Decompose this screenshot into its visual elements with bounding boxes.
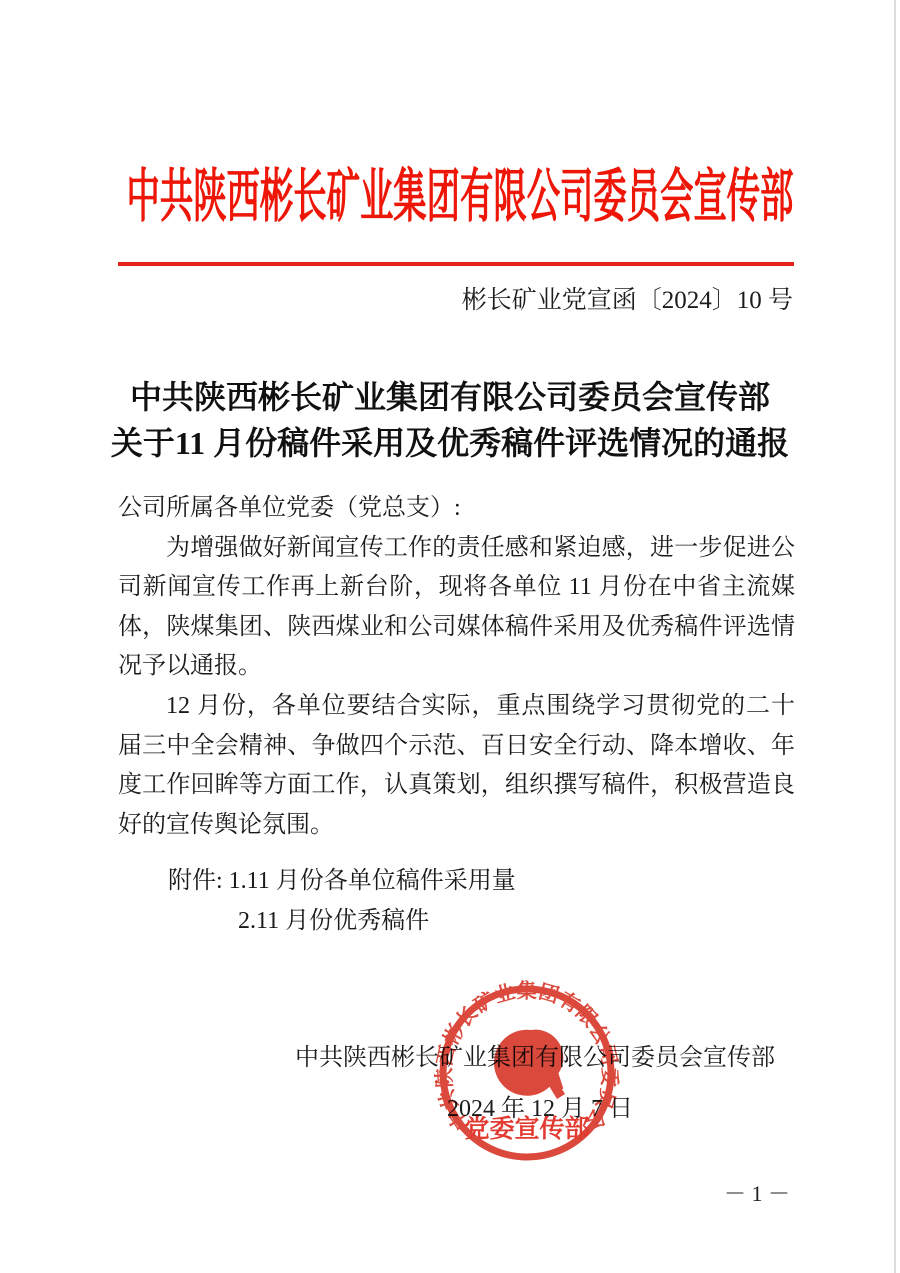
attachment-list: 附件: 1.11 月份各单位稿件采用量 2.11 月份优秀稿件: [118, 862, 795, 941]
document-title-line2: 关于11 月份稿件采用及优秀稿件评选情况的通报: [0, 420, 900, 466]
scan-edge-artifact: [894, 0, 896, 1273]
attachment-label: 附件:: [168, 868, 229, 894]
attachment-line-2: 2.11 月份优秀稿件: [238, 902, 795, 942]
document-title: 中共陕西彬长矿业集团有限公司委员会宣传部 关于11 月份稿件采用及优秀稿件评选情…: [0, 374, 900, 466]
document-page: 中共陕西彬长矿业集团有限公司委员会宣传部 彬长矿业党宣函〔2024〕10 号 中…: [0, 0, 900, 1273]
body-paragraph-1: 为增强做好新闻宣传工作的责任感和紧迫感，进一步促进公司新闻宣传工作再上新台阶，现…: [118, 529, 795, 687]
letterhead-divider-rule: [118, 262, 794, 266]
document-number: 彬长矿业党宣函〔2024〕10 号: [462, 287, 793, 315]
seal-bottom-text: 党委宣传部: [464, 1114, 589, 1143]
hammer-sickle-icon: [494, 1030, 565, 1099]
page-number: － 1 －: [724, 1181, 790, 1207]
letterhead: 中共陕西彬长矿业集团有限公司委员会宣传部: [0, 166, 900, 228]
official-seal: 中共陕西彬长矿业集团有限公司委员会 党委宣传部: [427, 973, 627, 1173]
attachment-item-1: 1.11 月份各单位稿件采用量: [229, 868, 516, 894]
body-paragraph-2: 12 月份，各单位要结合实际，重点围绕学习贯彻党的二十届三中全会精神、争做四个示…: [118, 687, 795, 845]
document-body: 公司所属各单位党委（党总支）: 为增强做好新闻宣传工作的责任感和紧迫感，进一步促…: [118, 489, 795, 942]
attachment-line-1: 附件: 1.11 月份各单位稿件采用量: [168, 862, 795, 902]
document-title-line1: 中共陕西彬长矿业集团有限公司委员会宣传部: [0, 374, 900, 420]
salutation: 公司所属各单位党委（党总支）:: [118, 489, 795, 529]
attachment-item-2: 2.11 月份优秀稿件: [238, 908, 429, 934]
letterhead-org-name: 中共陕西彬长矿业集团有限公司委员会宣传部: [127, 166, 794, 228]
